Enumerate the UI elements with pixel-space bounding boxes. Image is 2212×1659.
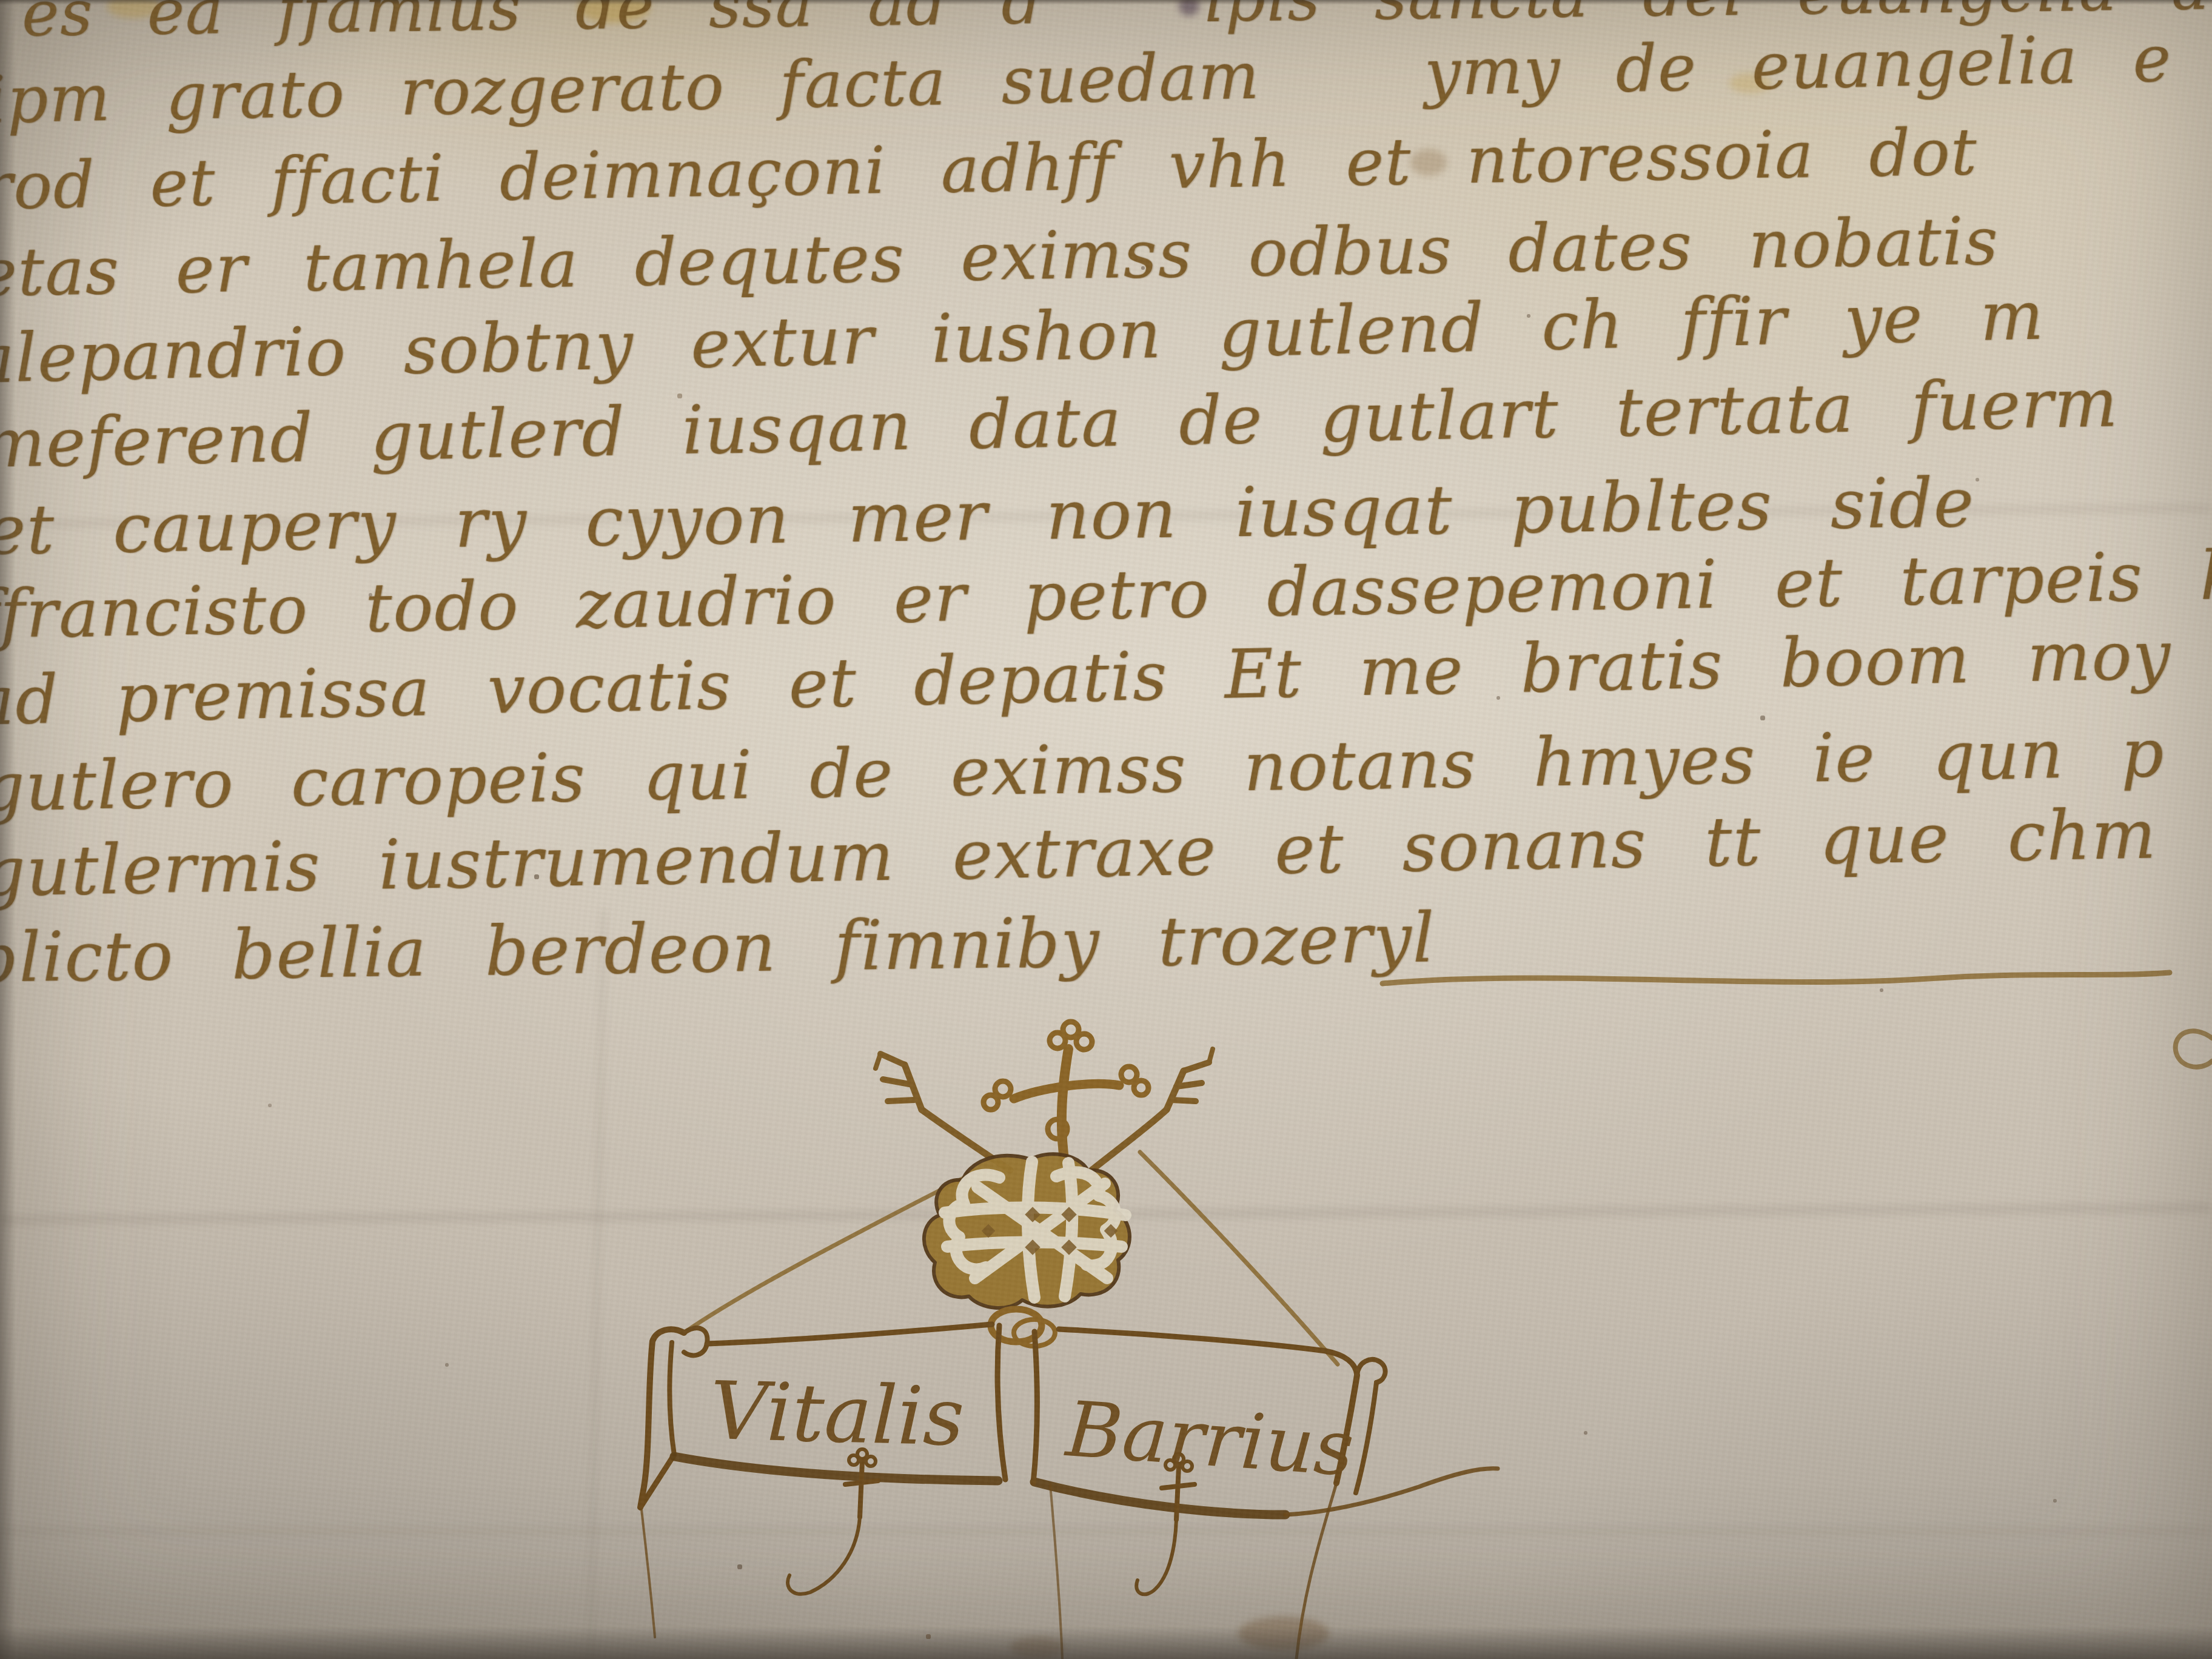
notary-mark-icon	[684, 1022, 1338, 1364]
banderole-name-first: Vitalis	[709, 1364, 965, 1464]
photo-edge-shadow	[0, 0, 16, 1659]
photo-edge-shadow	[0, 0, 2212, 5]
fold-crease	[0, 1204, 2212, 1223]
manuscript-line-12: blicto bellia berdeon fimniby trozeryl	[0, 899, 1436, 998]
pendant-cross-icon	[788, 1449, 878, 1594]
fold-crease	[588, 910, 606, 1659]
base-ring-icon	[991, 1309, 1042, 1342]
banderole-name-last: Barrius	[1062, 1384, 1356, 1493]
banderole-scroll	[640, 1324, 1498, 1659]
pendant-cross-icon	[1136, 1454, 1195, 1594]
closing-flourish-line	[1382, 973, 2170, 984]
fold-crease	[0, 1528, 2212, 1534]
edge-doodle-icon	[2176, 1031, 2212, 1067]
photo-edge-shadow	[0, 1626, 2212, 1659]
parchment-photo: es ea ffamius de ssa ad d ipis sancta de…	[0, 0, 2212, 1659]
